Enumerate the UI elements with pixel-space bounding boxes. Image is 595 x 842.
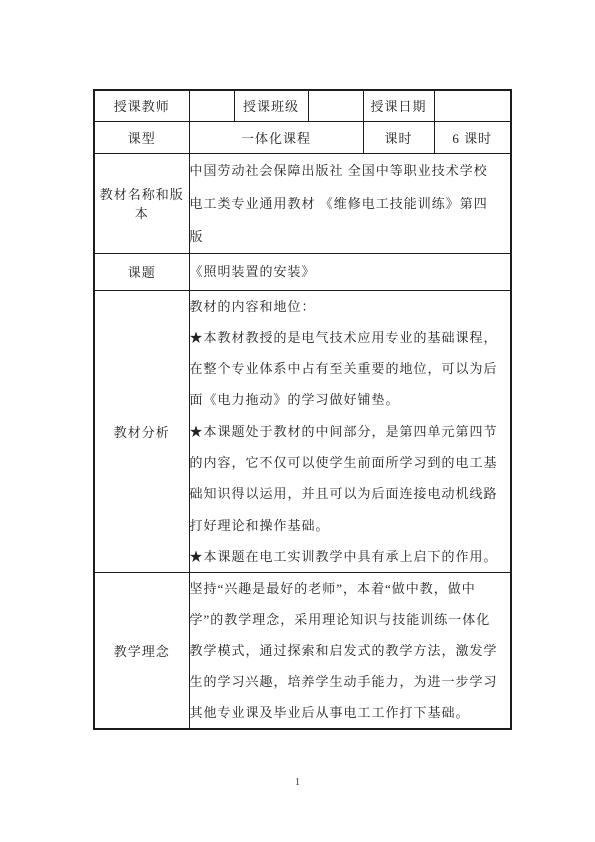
course-type-value-cell: 一体化课程: [189, 121, 363, 153]
teaching-philosophy-value-cell: 坚持“兴趣是最好的老师”，本着“做中教，做中 学”的教学理念，采用理论知识与技能…: [189, 573, 511, 730]
course-type-label-cell: 课型: [94, 121, 189, 153]
class-value-cell: [308, 90, 363, 121]
hours-value-cell: 6 课时: [434, 121, 511, 153]
date-value-cell: [434, 90, 511, 121]
table-row-teaching-philosophy: 教学理念 坚持“兴趣是最好的老师”，本着“做中教，做中 学”的教学理念，采用理论…: [94, 573, 511, 730]
table-row-textbook: 教材名称和版本 中国劳动社会保障出版社 全国中等职业技术学校 电工类专业通用教材…: [94, 153, 511, 253]
teacher-value-cell: [189, 90, 234, 121]
lesson-plan-table: 授课教师 授课班级 授课日期 课型 一体化课程 课时 6 课时 教材名称和版本 …: [93, 89, 512, 730]
date-label-cell: 授课日期: [363, 90, 434, 121]
teaching-philosophy-label-cell: 教学理念: [94, 573, 189, 730]
material-analysis-label-cell: 教材分析: [94, 290, 189, 573]
document-page: 授课教师 授课班级 授课日期 课型 一体化课程 课时 6 课时 教材名称和版本 …: [0, 0, 595, 842]
hours-label-cell: 课时: [363, 121, 434, 153]
topic-label-cell: 课题: [94, 253, 189, 290]
textbook-label-cell: 教材名称和版本: [94, 153, 189, 253]
textbook-value-cell: 中国劳动社会保障出版社 全国中等职业技术学校 电工类专业通用教材 《维修电工技能…: [189, 153, 511, 253]
material-analysis-value-cell: 教材的内容和地位： ★本教材教授的是电气技术应用专业的基础课程， 在整个专业体系…: [189, 290, 511, 573]
topic-value-cell: 《照明装置的安装》: [189, 253, 511, 290]
table-row-topic: 课题 《照明装置的安装》: [94, 253, 511, 290]
table-row-header-2: 课型 一体化课程 课时 6 课时: [94, 121, 511, 153]
table-row-header-1: 授课教师 授课班级 授课日期: [94, 90, 511, 121]
teacher-label-cell: 授课教师: [94, 90, 189, 121]
page-number: 1: [0, 777, 595, 788]
class-label-cell: 授课班级: [234, 90, 308, 121]
table-row-material-analysis: 教材分析 教材的内容和地位： ★本教材教授的是电气技术应用专业的基础课程， 在整…: [94, 290, 511, 573]
